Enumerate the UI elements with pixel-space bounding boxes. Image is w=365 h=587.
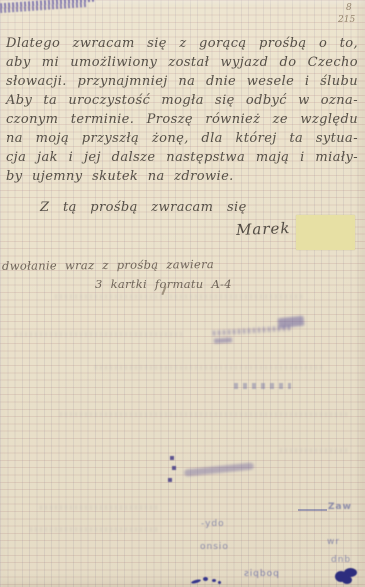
letter-line: cja jak i jej dalsze następstwa mają i m… xyxy=(6,148,358,167)
letter-line: aby mi umożliwiony został wyjazd do Czec… xyxy=(6,53,358,72)
letter-closing: Z tą prośbą zwracam się xyxy=(40,200,247,215)
signature: Marek xyxy=(236,219,291,239)
bleed-text: dnb xyxy=(331,555,351,565)
bleed-strip xyxy=(55,294,305,299)
letter-line: Aby ta uroczystość mogła się odbyć w ozn… xyxy=(6,91,358,110)
letter-line: na moją przyszłą żonę, dla której ta syt… xyxy=(6,129,358,148)
letter-line: Dlatego zwracam się z gorącą prośbą o to… xyxy=(6,34,358,53)
ink-blob xyxy=(333,567,359,585)
bleed-text-podpis: podpis xyxy=(243,569,279,579)
bleed-strip xyxy=(30,527,160,532)
bleed-text: Zaw xyxy=(328,502,352,512)
bleed-strip xyxy=(15,332,185,337)
bleed-strip xyxy=(95,365,325,370)
bleed-strip xyxy=(40,505,160,510)
letter-line: czonym terminie. Proszę również ze wzglę… xyxy=(6,110,358,129)
letter-line: by ujemny skutek na zdrowie. xyxy=(6,167,358,186)
letter-line: słowacji. przynajmniej na dnie wesele i … xyxy=(6,72,358,91)
scanned-letter-page: 8 215 Dlatego zwracam się z gorącą prośb… xyxy=(0,0,365,587)
stamp-smudge xyxy=(213,325,293,336)
page-number-secondary: 215 xyxy=(338,15,355,25)
bleed-text: wr xyxy=(327,537,340,547)
ink-scribble xyxy=(191,574,221,584)
archival-note-line1: dwołanie wraz z prośbą zawiera xyxy=(2,257,214,273)
page-number-top: 8 xyxy=(346,3,352,13)
bleed-text: onsio xyxy=(200,542,229,552)
bleed-text: -ydo xyxy=(201,519,225,529)
bleed-strip xyxy=(280,448,350,453)
bleed-strip xyxy=(60,412,350,417)
stamp-smudge xyxy=(214,337,232,343)
letter-body: Dlatego zwracam się z gorącą prośbą o to… xyxy=(6,34,358,186)
faint-stamp-glyphs xyxy=(234,383,291,389)
bleed-underline xyxy=(298,509,327,511)
signature-smudge xyxy=(184,462,254,476)
redaction-box xyxy=(296,215,355,250)
